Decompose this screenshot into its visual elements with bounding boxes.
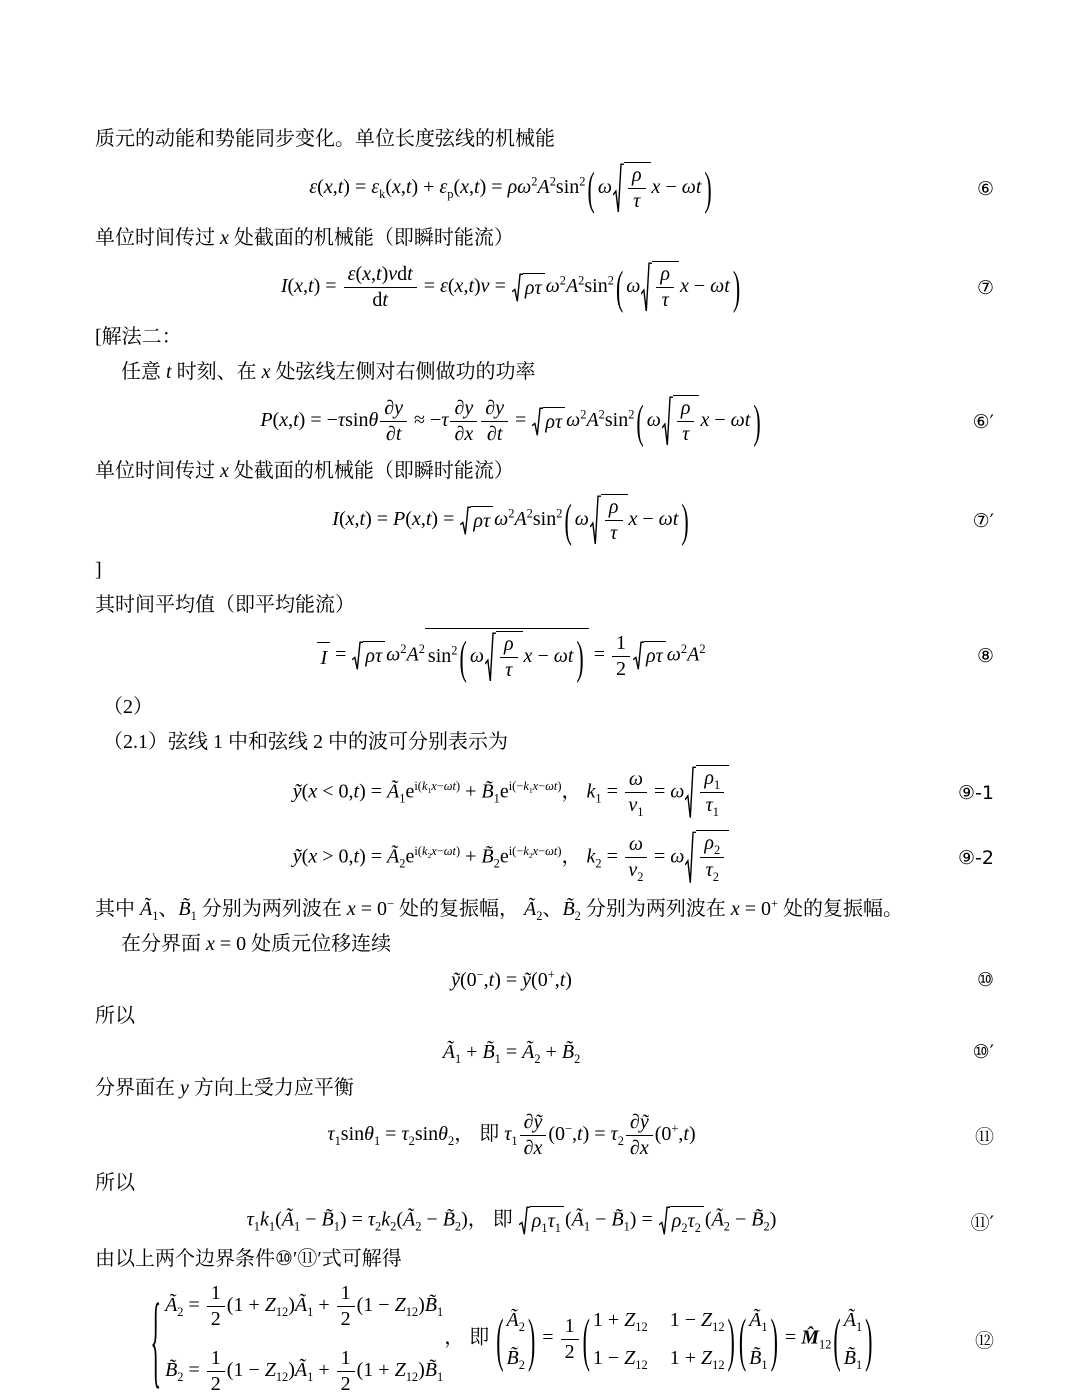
paragraph: 其中 Ã1、B̃1 分别为两列波在 x = 0− 处的复振幅， Ã2、B̃2 分… xyxy=(95,895,994,923)
equation: I(x,t) = P(x,t) = ρτω2A2sin2(ωρτx − ωt) xyxy=(95,494,928,547)
equation-number: ⑩ xyxy=(928,969,994,991)
equation-number: ⑦′ xyxy=(928,510,994,532)
document-content: 质元的动能和势能同步变化。单位长度弦线的机械能ε(x,t) = εk(x,t) … xyxy=(95,125,994,1396)
paragraph: ] xyxy=(95,556,994,584)
paragraph: 分界面在 y 方向上受力应平衡 xyxy=(95,1074,994,1102)
paragraph: （2.1）弦线 1 中和弦线 2 中的波可分别表示为 xyxy=(95,728,994,756)
equation-row: Ã1 + B̃1 = Ã2 + B̃2⑩′ xyxy=(95,1039,994,1065)
document-page: 质元的动能和势能同步变化。单位长度弦线的机械能ε(x,t) = εk(x,t) … xyxy=(0,0,1080,1398)
equation: {Ã2 = 12(1 + Z12)Ã1 + 12(1 − Z12)B̃1B̃2 … xyxy=(95,1282,928,1396)
equation-row: τ1sinθ1 = τ2sinθ2， 即 τ1∂ỹ∂x(0−,t) = τ2∂ỹ… xyxy=(95,1111,994,1160)
equation-number: ⑨-2 xyxy=(928,847,994,869)
equation: ε(x,t) = εk(x,t) + εp(x,t) = ρω2A2sin2(ω… xyxy=(95,162,928,215)
equation-number: ⑫ xyxy=(928,1326,994,1353)
equation: τ1k1(Ã1 − B̃1) = τ2k2(Ã2 − B̃2)， 即 ρ1τ1(… xyxy=(95,1206,928,1236)
paragraph: （2） xyxy=(95,693,994,721)
equation-number: ⑥ xyxy=(928,178,994,200)
paragraph: 其时间平均值（即平均能流） xyxy=(95,591,994,619)
paragraph: 任意 t 时刻、在 x 处弦线左侧对右侧做功的功率 xyxy=(95,358,994,386)
equation: P(x,t) = −τsinθ∂y∂t ≈ −τ∂y∂x∂y∂t = ρτω2A… xyxy=(95,395,928,448)
equation-number: ⑥′ xyxy=(928,411,994,433)
equation-row: ε(x,t) = εk(x,t) + εp(x,t) = ρω2A2sin2(ω… xyxy=(95,162,994,215)
equation-number: ⑦ xyxy=(928,277,994,299)
equation-row: I(x,t) = ε(x,t)vdtdt = ε(x,t)v = ρτω2A2s… xyxy=(95,261,994,314)
equation-row: ỹ(x < 0,t) = Ã1ei(k1x−ωt) + B̃1ei(−k1x−ω… xyxy=(95,765,994,821)
equation: I(x,t) = ε(x,t)vdtdt = ε(x,t)v = ρτω2A2s… xyxy=(95,261,928,314)
equation-number: ⑨-1 xyxy=(928,782,994,804)
equation: I = ρτω2A2sin2(ωρτx − ωt) = 12ρτω2A2 xyxy=(95,628,928,684)
equation-row: ỹ(0−,t) = ỹ(0+,t)⑩ xyxy=(95,967,994,993)
equation: ỹ(x < 0,t) = Ã1ei(k1x−ωt) + B̃1ei(−k1x−ω… xyxy=(95,765,928,821)
equation-row: I(x,t) = P(x,t) = ρτω2A2sin2(ωρτx − ωt)⑦… xyxy=(95,494,994,547)
paragraph: 质元的动能和势能同步变化。单位长度弦线的机械能 xyxy=(95,125,994,153)
equation: ỹ(0−,t) = ỹ(0+,t) xyxy=(95,967,928,993)
equation-number: ⑪ xyxy=(928,1122,994,1149)
equation-row: τ1k1(Ã1 − B̃1) = τ2k2(Ã2 − B̃2)， 即 ρ1τ1(… xyxy=(95,1206,994,1236)
equation: τ1sinθ1 = τ2sinθ2， 即 τ1∂ỹ∂x(0−,t) = τ2∂ỹ… xyxy=(95,1111,928,1160)
equation-row: ỹ(x > 0,t) = Ã2ei(k2x−ωt) + B̃2ei(−k2x−ω… xyxy=(95,830,994,886)
equation-row: {Ã2 = 12(1 + Z12)Ã1 + 12(1 − Z12)B̃1B̃2 … xyxy=(95,1282,994,1396)
equation-number: ⑪′ xyxy=(928,1208,994,1235)
paragraph: 由以上两个边界条件⑩′⑪′式可解得 xyxy=(95,1245,994,1273)
equation-number: ⑩′ xyxy=(928,1041,994,1063)
equation-number: ⑧ xyxy=(928,645,994,667)
equation-row: P(x,t) = −τsinθ∂y∂t ≈ −τ∂y∂x∂y∂t = ρτω2A… xyxy=(95,395,994,448)
paragraph: 所以 xyxy=(95,1002,994,1030)
paragraph: 在分界面 x = 0 处质元位移连续 xyxy=(95,930,994,958)
equation: ỹ(x > 0,t) = Ã2ei(k2x−ωt) + B̃2ei(−k2x−ω… xyxy=(95,830,928,886)
paragraph: 单位时间传过 x 处截面的机械能（即瞬时能流） xyxy=(95,457,994,485)
paragraph: [解法二： xyxy=(95,323,994,351)
paragraph: 所以 xyxy=(95,1169,994,1197)
equation: Ã1 + B̃1 = Ã2 + B̃2 xyxy=(95,1039,928,1065)
equation-row: I = ρτω2A2sin2(ωρτx − ωt) = 12ρτω2A2⑧ xyxy=(95,628,994,684)
paragraph: 单位时间传过 x 处截面的机械能（即瞬时能流） xyxy=(95,224,994,252)
